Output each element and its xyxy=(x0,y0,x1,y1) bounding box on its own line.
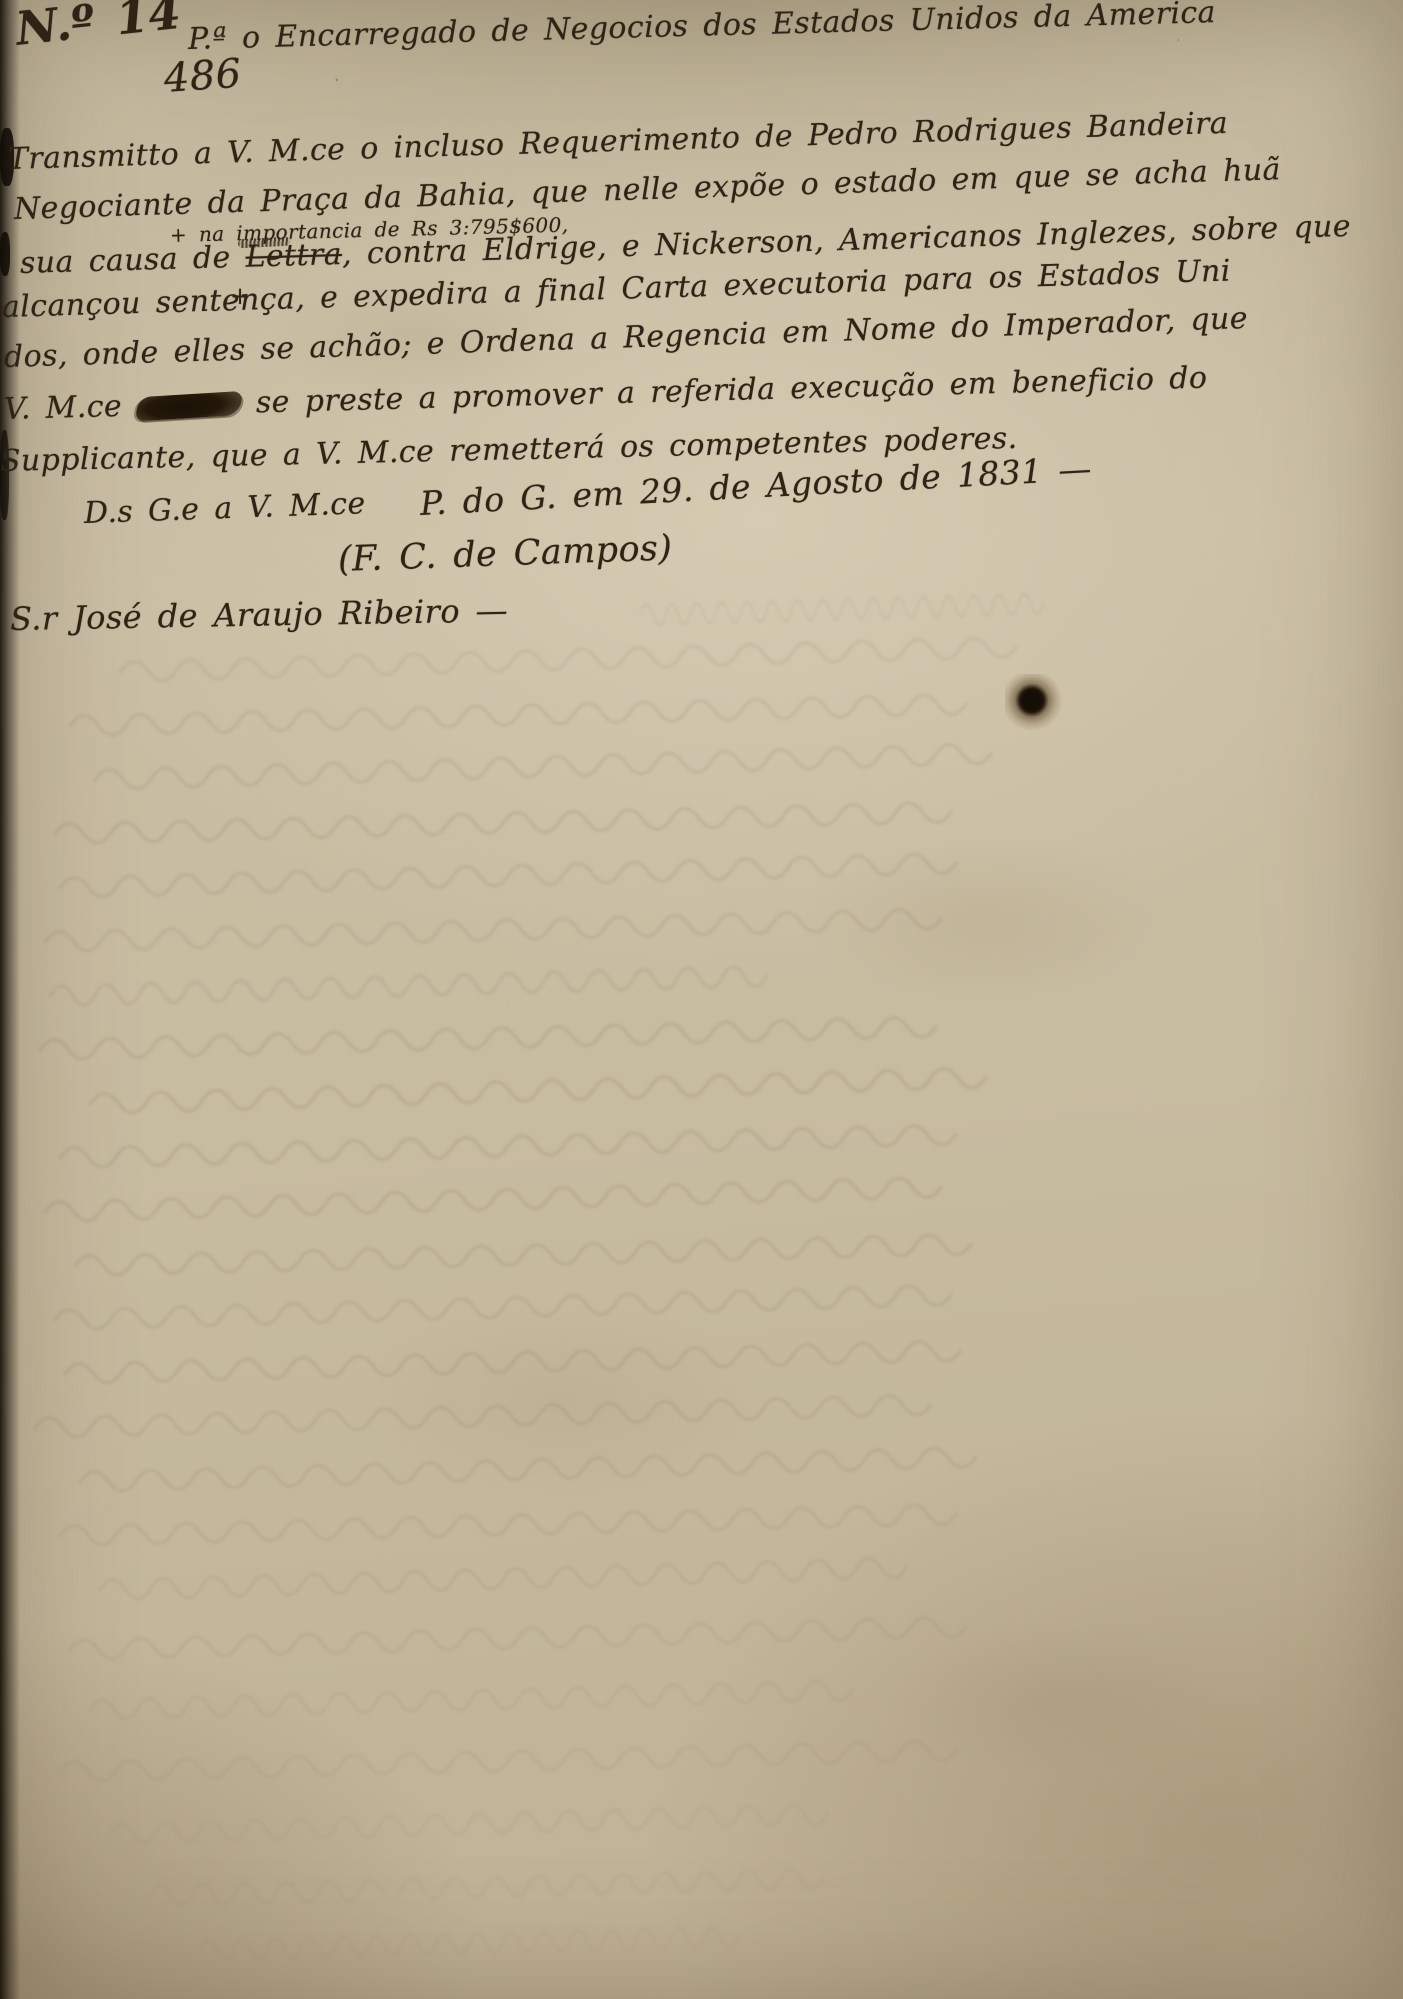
binding-mark xyxy=(0,232,10,276)
line6-pre: V. M.ce xyxy=(4,389,123,427)
signature: (F. C. de Campos) xyxy=(337,528,673,580)
line6-post: se preste a promover a referida execução… xyxy=(255,360,1207,420)
ghost-lines xyxy=(35,594,1044,1960)
doc-number: N.º 14 xyxy=(13,0,183,56)
archival-number: 486 xyxy=(162,51,243,102)
scribbled-out-word xyxy=(135,391,243,421)
addressee-line: S.r José de Araujo Ribeiro — xyxy=(10,591,509,638)
line3-pre: sua causa de xyxy=(20,240,232,281)
recipient-header: P.ª o Encarregado de Negocios dos Estado… xyxy=(188,0,1217,57)
ink-blot xyxy=(1005,674,1069,734)
body-line-6: V. M.ce se preste a promover a referida … xyxy=(4,360,1208,426)
closing-salutation: D.s G.e a V. M.ce xyxy=(83,486,366,531)
manuscript-page: N.º 14 P.ª o Encarregado de Negocios dos… xyxy=(0,0,1403,1999)
